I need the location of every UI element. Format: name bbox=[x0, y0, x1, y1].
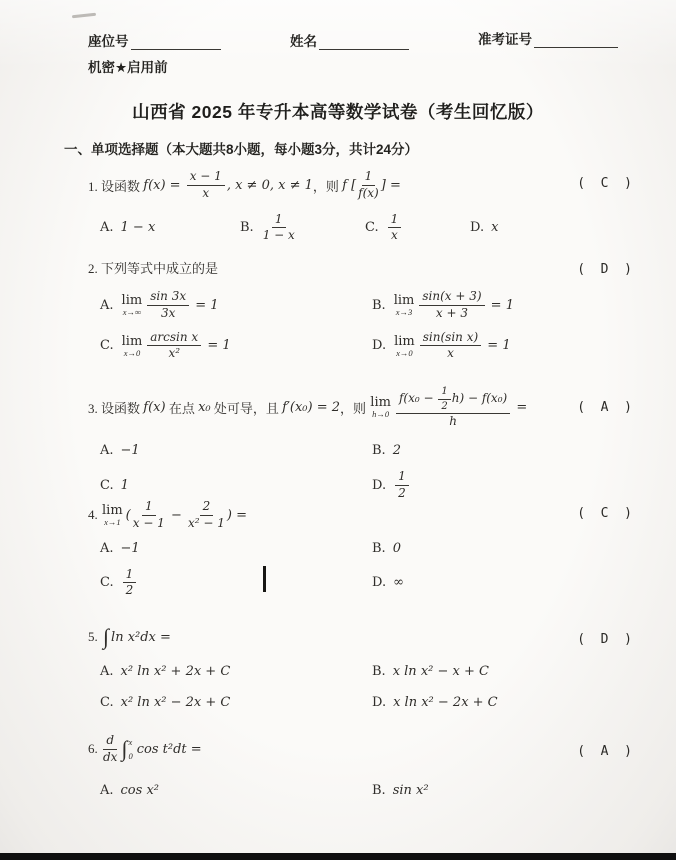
bottom-black-bar bbox=[0, 853, 676, 860]
option-value: 1 − x bbox=[121, 220, 156, 235]
question-4: 4. limx→1(1x − 1 − 2x² − 1) =( C ) A.−1B… bbox=[88, 500, 636, 598]
option-value: x ln x² − x + C bbox=[393, 664, 489, 679]
option-value: limx→∞sin 3x3x = 1 bbox=[121, 290, 219, 321]
fraction: 12 bbox=[438, 386, 450, 412]
option-C: C.1x bbox=[365, 213, 470, 244]
option-value: limx→3sin(x + 3)x + 3 = 1 bbox=[393, 290, 514, 321]
option-label: D. bbox=[470, 220, 484, 235]
answer-mark: ( D ) bbox=[577, 262, 632, 277]
fraction: sin 3x3x bbox=[147, 290, 189, 321]
options: A.limx→∞sin 3x3x = 1B.limx→3sin(x + 3)x … bbox=[100, 290, 636, 361]
answer-mark: ( A ) bbox=[577, 744, 632, 759]
fraction: ddx bbox=[103, 734, 117, 765]
option-label: C. bbox=[100, 575, 114, 590]
option-label: A. bbox=[100, 298, 114, 313]
option-D: D.x ln x² − 2x + C bbox=[372, 695, 636, 710]
options: A.−1B.0C.12D.∞ bbox=[100, 541, 636, 599]
answer-mark: ( A ) bbox=[577, 400, 632, 415]
integral: ∫x0 bbox=[121, 737, 134, 761]
option-value: ∞ bbox=[393, 575, 404, 590]
option-C: C.limx→0arcsin xx² = 1 bbox=[100, 331, 372, 362]
answer-mark: ( D ) bbox=[577, 632, 632, 647]
option-value: limx→0arcsin xx² = 1 bbox=[121, 331, 231, 362]
option-label: C. bbox=[100, 338, 114, 353]
question-2: 2. 下列等式中成立的是( D ) A.limx→∞sin 3x3x = 1B.… bbox=[88, 256, 636, 361]
option-label: A. bbox=[100, 664, 114, 679]
option-label: D. bbox=[372, 338, 386, 353]
option-label: D. bbox=[372, 575, 386, 590]
option-value: 0 bbox=[393, 541, 401, 556]
option-label: C. bbox=[365, 220, 379, 235]
limit: limx→∞ bbox=[122, 294, 143, 317]
option-B: B.11 − x bbox=[240, 213, 365, 244]
option-label: A. bbox=[100, 541, 114, 556]
fraction: sin(sin x)x bbox=[420, 331, 481, 362]
question-stem: 1. 设函数 f(x) = x − 1x, x ≠ 0, x ≠ 1，则 f [… bbox=[88, 170, 401, 201]
option-value: x bbox=[491, 220, 498, 235]
option-label: A. bbox=[100, 443, 114, 458]
question-1: 1. 设函数 f(x) = x − 1x, x ≠ 0, x ≠ 1，则 f [… bbox=[88, 170, 636, 243]
options: A.1 − xB.11 − xC.1xD.x bbox=[100, 213, 636, 244]
option-A: A.cos x² bbox=[100, 783, 372, 798]
option-value: x ln x² − 2x + C bbox=[393, 695, 498, 710]
option-value: 12 bbox=[121, 568, 139, 599]
option-B: B.0 bbox=[372, 541, 636, 556]
option-label: C. bbox=[100, 478, 114, 493]
name-field: 姓名 bbox=[290, 30, 409, 50]
option-value: −1 bbox=[121, 541, 140, 556]
question-stem: 2. 下列等式中成立的是 bbox=[88, 258, 218, 277]
option-value: −1 bbox=[121, 443, 140, 458]
option-A: A.x² ln x² + 2x + C bbox=[100, 664, 372, 679]
option-value: 11 − x bbox=[261, 213, 297, 244]
option-A: A.−1 bbox=[100, 541, 372, 556]
fraction: 12 bbox=[123, 568, 137, 599]
option-value: x² ln x² + 2x + C bbox=[121, 664, 231, 679]
admission-ticket-label: 准考证号 bbox=[478, 28, 532, 48]
name-blank bbox=[319, 35, 409, 50]
question-3: 3. 设函数 f(x) 在点 x₀ 处可导，且 f′(x₀) = 2，则 lim… bbox=[88, 386, 636, 500]
fraction: 1f(x) bbox=[358, 170, 379, 201]
option-label: B. bbox=[372, 664, 386, 679]
limit: limx→1 bbox=[102, 504, 123, 527]
option-A: A.−1 bbox=[100, 443, 372, 458]
fraction: 1x bbox=[388, 213, 402, 244]
name-label: 姓名 bbox=[290, 30, 317, 50]
exam-title: 山西省 2025 年专升本高等数学试卷（考生回忆版） bbox=[0, 99, 676, 124]
fraction: f(x₀ − 12h) − f(x₀)h bbox=[396, 386, 510, 429]
option-label: B. bbox=[372, 783, 386, 798]
fraction: sin(x + 3)x + 3 bbox=[419, 290, 484, 321]
option-A: A.limx→∞sin 3x3x = 1 bbox=[100, 290, 372, 321]
question-stem: 3. 设函数 f(x) 在点 x₀ 处可导，且 f′(x₀) = 2，则 lim… bbox=[88, 386, 527, 429]
option-label: B. bbox=[372, 443, 386, 458]
answer-mark: ( C ) bbox=[577, 176, 632, 191]
seat-number-label: 座位号 bbox=[88, 30, 129, 50]
option-C: C.1 bbox=[100, 470, 372, 501]
option-value: 2 bbox=[393, 443, 401, 458]
option-value: 12 bbox=[393, 470, 411, 501]
integral: ∫ bbox=[103, 626, 109, 648]
option-value: sin x² bbox=[393, 783, 429, 798]
section-heading: 一、单项选择题（本大题共8小题，每小题3分，共计24分） bbox=[64, 138, 418, 158]
pen-mark bbox=[72, 13, 96, 18]
option-D: D.x bbox=[470, 213, 636, 244]
seat-number-field: 座位号 bbox=[88, 30, 221, 50]
option-value: x² ln x² − 2x + C bbox=[121, 695, 231, 710]
option-label: D. bbox=[372, 478, 386, 493]
fraction: 2x² − 1 bbox=[188, 500, 225, 531]
fraction: 12 bbox=[395, 470, 409, 501]
question-5: 5. ∫ln x²dx =( D ) A.x² ln x² + 2x + CB.… bbox=[88, 626, 636, 710]
limit: limx→0 bbox=[394, 335, 415, 358]
option-D: D.12 bbox=[372, 470, 636, 501]
limit: limx→0 bbox=[122, 335, 143, 358]
fraction: 11 − x bbox=[263, 213, 295, 244]
option-label: B. bbox=[372, 541, 386, 556]
text-cursor-artifact bbox=[263, 566, 266, 592]
options: A.x² ln x² + 2x + CB.x ln x² − x + CC.x²… bbox=[100, 664, 636, 710]
option-B: B.limx→3sin(x + 3)x + 3 = 1 bbox=[372, 290, 636, 321]
question-6: 6. ddx∫x0cos t²dt =( A ) A.cos x²B.sin x… bbox=[88, 734, 636, 798]
option-D: D.∞ bbox=[372, 568, 636, 599]
question-stem: 4. limx→1(1x − 1 − 2x² − 1) = bbox=[88, 500, 247, 531]
options: A.cos x²B.sin x² bbox=[100, 783, 636, 798]
option-label: D. bbox=[372, 695, 386, 710]
option-label: A. bbox=[100, 220, 114, 235]
seat-number-blank bbox=[131, 35, 221, 50]
fraction: arcsin xx² bbox=[147, 331, 201, 362]
option-value: limx→0sin(sin x)x = 1 bbox=[393, 331, 511, 362]
exam-paper: 座位号 姓名 准考证号 机密★启用前 山西省 2025 年专升本高等数学试卷（考… bbox=[0, 0, 676, 860]
question-stem: 5. ∫ln x²dx = bbox=[88, 626, 171, 648]
options: A.−1B.2C.1D.12 bbox=[100, 443, 636, 501]
fraction: x − 1x bbox=[187, 170, 225, 201]
option-C: C.x² ln x² − 2x + C bbox=[100, 695, 372, 710]
admission-ticket-field: 准考证号 bbox=[478, 28, 618, 48]
question-stem: 6. ddx∫x0cos t²dt = bbox=[88, 734, 202, 765]
option-value: cos x² bbox=[121, 783, 159, 798]
option-D: D.limx→0sin(sin x)x = 1 bbox=[372, 331, 636, 362]
answer-mark: ( C ) bbox=[577, 506, 632, 521]
option-label: B. bbox=[240, 220, 254, 235]
option-B: B.x ln x² − x + C bbox=[372, 664, 636, 679]
option-value: 1x bbox=[386, 213, 404, 244]
option-label: A. bbox=[100, 783, 114, 798]
option-A: A.1 − x bbox=[100, 213, 240, 244]
option-C: C.12 bbox=[100, 568, 372, 599]
option-label: B. bbox=[372, 298, 386, 313]
admission-ticket-blank bbox=[534, 33, 618, 48]
limit: limh→0 bbox=[370, 396, 391, 419]
limit: limx→3 bbox=[394, 294, 415, 317]
option-value: 1 bbox=[121, 478, 129, 493]
option-B: B.2 bbox=[372, 443, 636, 458]
fraction: 1x − 1 bbox=[133, 500, 165, 531]
option-label: C. bbox=[100, 695, 114, 710]
secrecy-notice: 机密★启用前 bbox=[88, 56, 168, 76]
option-B: B.sin x² bbox=[372, 783, 636, 798]
